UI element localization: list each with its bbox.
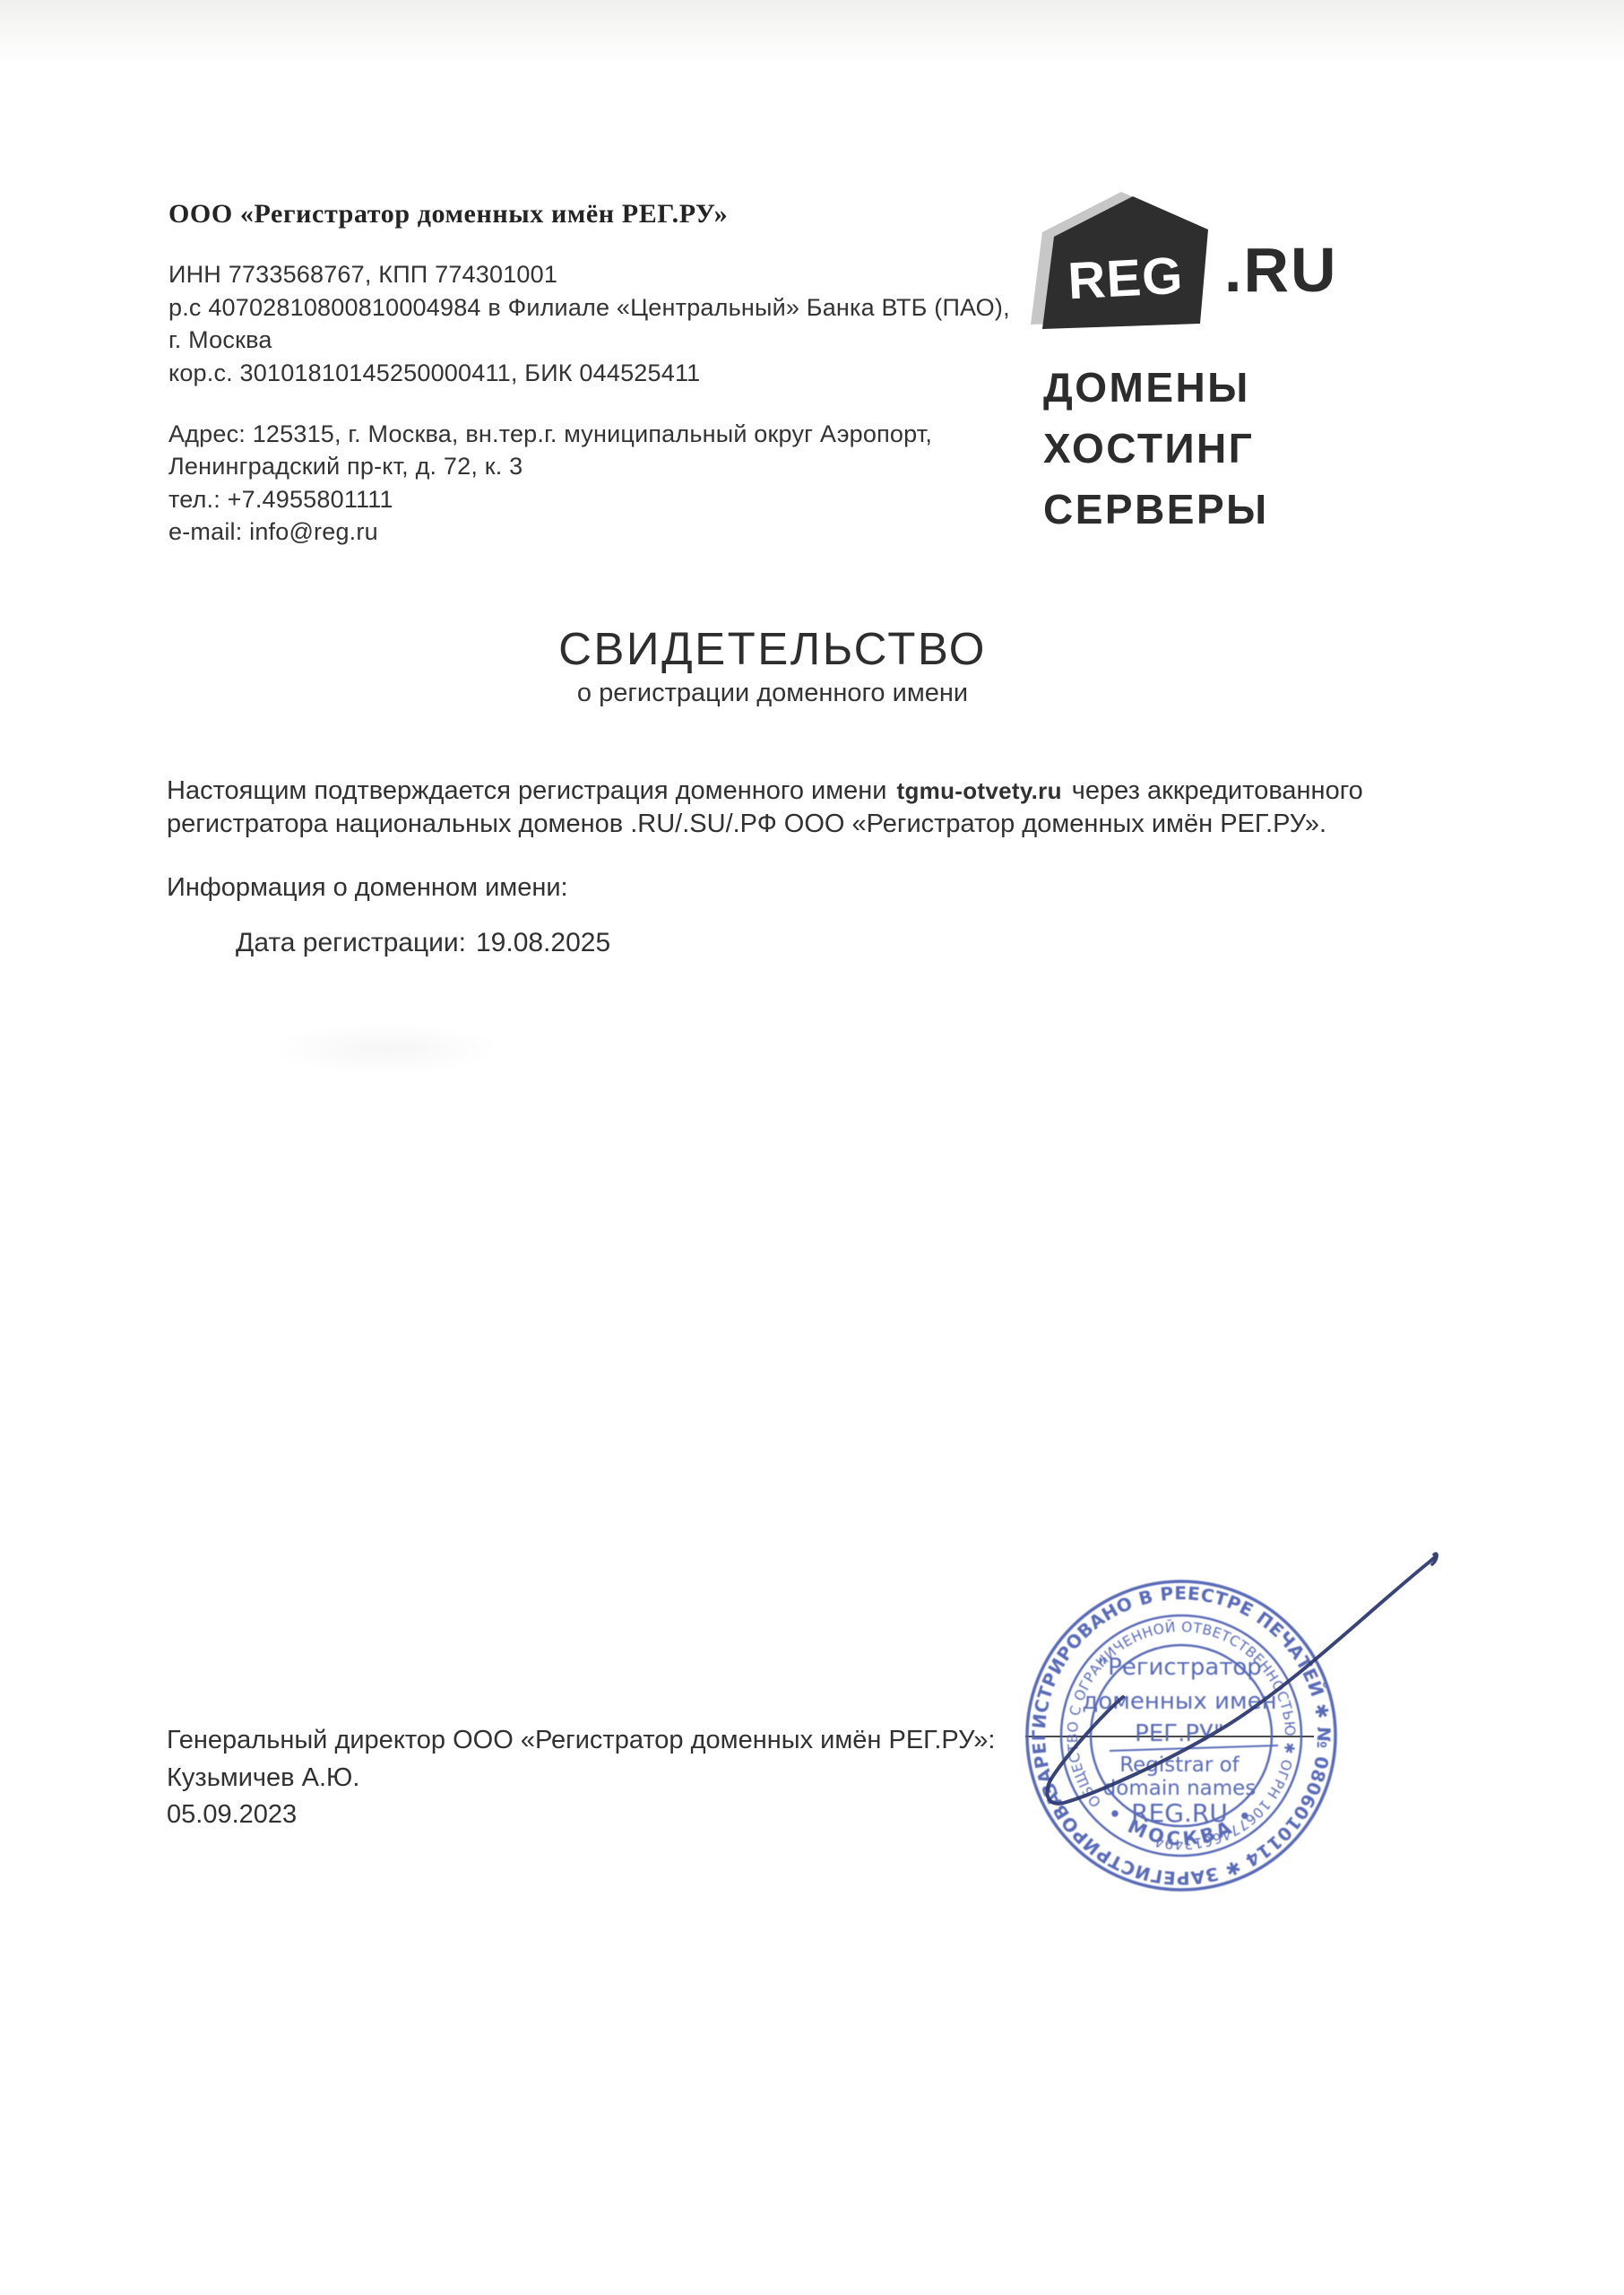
tagline-domains: ДОМЕНЫ xyxy=(1043,357,1269,418)
document-subtitle: о регистрации доменного имени xyxy=(167,679,1378,708)
registration-date-value: 19.08.2025 xyxy=(476,928,610,957)
company-address-line-1: Адрес: 125315, г. Москва, вн.тер.г. муни… xyxy=(168,418,932,450)
tagline-servers: СЕРВЕРЫ xyxy=(1043,479,1269,540)
director-name: Кузьмичев А.Ю. xyxy=(167,1760,995,1797)
body-line-2: регистратора национальных доменов .RU/.S… xyxy=(167,808,1439,841)
certificate-page: ООО «Регистратор доменных имён РЕГ.РУ» И… xyxy=(0,0,1624,2295)
registration-date-line: Дата регистрации:19.08.2025 xyxy=(236,928,610,958)
company-corr-account: кор.с. 30101810145250000411, БИК 0445254… xyxy=(168,357,1010,390)
body-line-1-suffix: через аккредитованного xyxy=(1072,776,1363,805)
regru-logo-icon: REG xyxy=(1026,186,1232,348)
registration-date-label: Дата регистрации: xyxy=(236,928,466,957)
company-inn-kpp: ИНН 7733568767, КПП 774301001 xyxy=(168,258,1010,291)
company-phone: тел.: +7.4955801111 xyxy=(168,483,932,515)
company-contacts: Адрес: 125315, г. Москва, вн.тер.г. муни… xyxy=(168,418,932,548)
body-line-1-prefix: Настоящим подтверждается регистрация дом… xyxy=(167,776,887,805)
domain-name: tgmu-otvety.ru xyxy=(897,777,1062,804)
domain-info-heading: Информация о доменном имени: xyxy=(167,873,568,903)
logo-mark-text: REG xyxy=(1067,247,1185,311)
logo-tld-text: .RU xyxy=(1224,238,1338,301)
body-line-1: Настоящим подтверждается регистрация дом… xyxy=(167,775,1439,808)
company-city: г. Москва xyxy=(168,324,1010,357)
director-title-line: Генеральный директор ООО «Регистратор до… xyxy=(167,1722,995,1760)
scan-artifact-band xyxy=(0,0,1624,65)
body-paragraph: Настоящим подтверждается регистрация дом… xyxy=(167,775,1439,841)
company-email: e-mail: info@reg.ru xyxy=(168,515,932,548)
pen-signature-icon xyxy=(981,1497,1483,1847)
company-name: ООО «Регистратор доменных имён РЕГ.РУ» xyxy=(168,199,728,229)
company-account: р.с 40702810800810004984 в Филиале «Цент… xyxy=(168,291,1010,325)
scan-smudge xyxy=(269,1022,502,1076)
tagline-hosting: ХОСТИНГ xyxy=(1043,418,1269,479)
document-title: СВИДЕТЕЛЬСТВО xyxy=(167,622,1378,675)
signing-date: 05.09.2023 xyxy=(167,1797,995,1834)
signature-block: Генеральный директор ООО «Регистратор до… xyxy=(167,1722,995,1834)
company-address-line-2: Ленинградский пр-кт, д. 72, к. 3 xyxy=(168,450,932,482)
logo-tagline: ДОМЕНЫ ХОСТИНГ СЕРВЕРЫ xyxy=(1043,357,1269,540)
company-details: ИНН 7733568767, КПП 774301001 р.с 407028… xyxy=(168,258,1010,389)
